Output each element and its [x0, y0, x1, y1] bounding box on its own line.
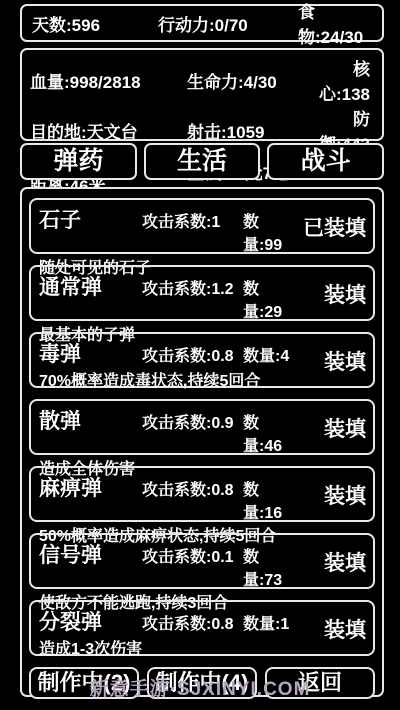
load-button[interactable]: 装填 — [294, 539, 366, 584]
ammo-name: 通常弹 — [39, 271, 142, 301]
ammo-quantity: 数量:73 — [243, 544, 294, 590]
ammo-quantity: 数量:16 — [243, 477, 294, 523]
attack-coefficient: 攻击系数:0.1 — [142, 544, 243, 567]
ammo-description: 70%概率造成毒状态,持续5回合 — [39, 368, 294, 391]
core-stat: 核心:138 — [305, 55, 374, 105]
ammo-list: 石子 攻击系数:1 数量:99 随处可见的石子 已装填 通常弹 攻击系数:1.2… — [20, 187, 384, 697]
loaded-status-label[interactable]: 已装填 — [294, 204, 366, 249]
ammo-quantity: 数量:29 — [243, 276, 294, 322]
hp-stat: 血量:998/2818 — [30, 68, 187, 93]
attack-coefficient: 攻击系数:0.8 — [142, 611, 243, 634]
load-button[interactable]: 装填 — [294, 472, 366, 517]
shooting-stat: 射击:1059 — [187, 118, 305, 143]
ammo-description: 造成1-3次伤害 — [39, 636, 294, 659]
tab-life[interactable]: 生活 — [144, 143, 261, 180]
days-stat: 天数:596 — [32, 11, 158, 36]
ammo-quantity: 数量:1 — [243, 611, 294, 634]
action-points-stat: 行动力:0/70 — [158, 11, 298, 36]
ammo-card-shotgun-shell: 散弹 攻击系数:0.9 数量:46 造成全体伤害 装填 — [29, 399, 375, 455]
attack-coefficient: 攻击系数:0.9 — [142, 410, 243, 433]
ammo-card-normal-bullet: 通常弹 攻击系数:1.2 数量:29 最基本的子弹 装填 — [29, 265, 375, 321]
food-stat: 食物:24/30 — [298, 0, 372, 48]
destination-stat: 目的地:天文台 — [30, 118, 187, 143]
ammo-name: 石子 — [39, 204, 142, 234]
stats-panel: 血量:998/2818 生命力:4/30 核心:138 目的地:天文台 射击:1… — [20, 48, 384, 141]
attack-coefficient: 攻击系数:1.2 — [142, 276, 243, 299]
ammo-name: 信号弹 — [39, 539, 142, 569]
ammo-card-signal-flare: 信号弹 攻击系数:0.1 数量:73 使敌方不能逃跑,持续3回合 装填 — [29, 533, 375, 589]
ammo-name: 毒弹 — [39, 338, 142, 368]
ammo-card-split-bullet: 分裂弹 攻击系数:0.8 数量:1 造成1-3次伤害 装填 — [29, 600, 375, 656]
attack-coefficient: 攻击系数:0.8 — [142, 477, 243, 500]
ammo-name: 分裂弹 — [39, 606, 142, 636]
load-button[interactable]: 装填 — [294, 338, 366, 383]
ammo-name: 麻痹弹 — [39, 472, 142, 502]
crafting-slot-1-button[interactable]: 制作中(2) — [29, 667, 139, 699]
attack-coefficient: 攻击系数:0.8 — [142, 343, 243, 366]
load-button[interactable]: 装填 — [294, 271, 366, 316]
footer-buttons: 制作中(2) 制作中(4) 返回 — [29, 667, 375, 699]
ammo-name: 散弹 — [39, 405, 142, 435]
crafting-slot-2-button[interactable]: 制作中(4) — [147, 667, 257, 699]
vitality-stat: 生命力:4/30 — [187, 68, 305, 93]
load-button[interactable]: 装填 — [294, 405, 366, 450]
ammo-card-poison-bullet: 毒弹 攻击系数:0.8 数量:4 70%概率造成毒状态,持续5回合 装填 — [29, 332, 375, 388]
ammo-quantity: 数量:99 — [243, 209, 294, 255]
tab-ammo[interactable]: 弹药 — [20, 143, 137, 180]
ammo-card-paralysis-bullet: 麻痹弹 攻击系数:0.8 数量:16 50%概率造成麻痹状态,持续5回合 装填 — [29, 466, 375, 522]
tab-battle[interactable]: 战斗 — [267, 143, 384, 180]
game-screen: 天数:596 行动力:0/70 食物:24/30 血量:998/2818 生命力… — [0, 0, 400, 710]
top-status-bar: 天数:596 行动力:0/70 食物:24/30 — [20, 4, 384, 42]
back-button[interactable]: 返回 — [265, 667, 375, 699]
attack-coefficient: 攻击系数:1 — [142, 209, 243, 232]
ammo-card-stone: 石子 攻击系数:1 数量:99 随处可见的石子 已装填 — [29, 198, 375, 254]
ammo-quantity: 数量:4 — [243, 343, 294, 366]
load-button[interactable]: 装填 — [294, 606, 366, 651]
ammo-quantity: 数量:46 — [243, 410, 294, 456]
nav-tabs: 弹药 生活 战斗 — [20, 143, 384, 180]
